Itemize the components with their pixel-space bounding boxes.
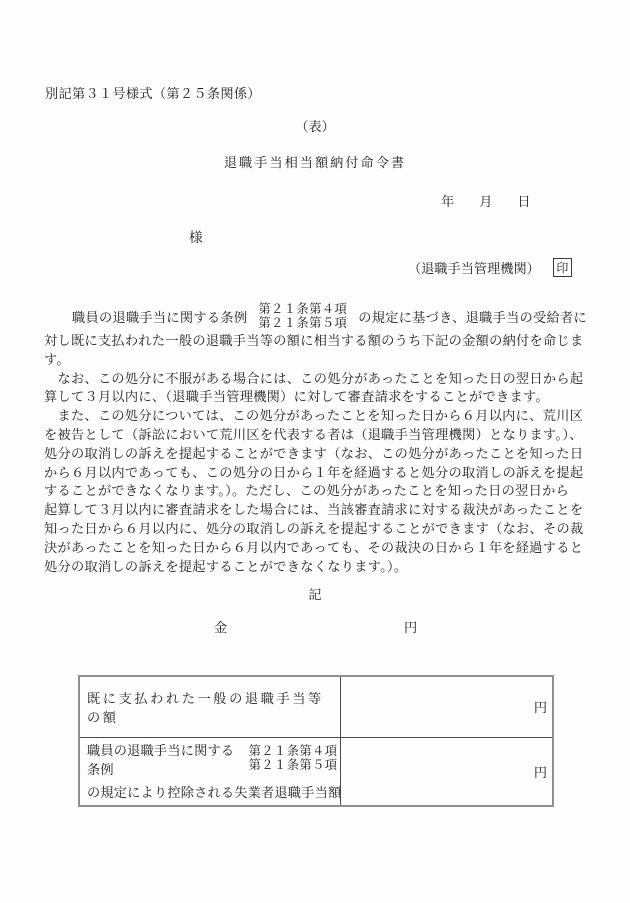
body-line: 算して３月以内に、（退職手当管理機関）に対して審査請求をすることができます。: [44, 388, 592, 407]
body-line: 対し既に支払われた一般の退職手当等の額に相当する額のうち下記の金額の納付を命じま: [44, 332, 592, 351]
body-line: す。: [44, 351, 592, 370]
date-day-label: 日: [517, 191, 530, 210]
body-text: 職員の退職手当に関する条例 第２１条第４項 第２１条第５項 の規定に基づき、退職…: [44, 301, 592, 576]
form-number: 別記第３１号様式（第２５条関係）: [45, 83, 261, 102]
clause-stack: 第２１条第４項 第２１条第５項: [258, 303, 347, 330]
issuer-line: （退職手当管理機関） 印: [408, 258, 572, 277]
date-month-label: 月: [479, 191, 492, 210]
body-line: また、この処分については、この処分があったことを知った日から６月以内に、荒川区: [44, 407, 592, 426]
seal-mark: 印: [553, 258, 572, 277]
body-line: から６月以内であっても、この処分の日から１年を経過すると処分の取消しの訴えを提起: [44, 464, 592, 483]
issuer-label: （退職手当管理機関）: [408, 258, 540, 277]
clause-reference-line: 職員の退職手当に関する条例 第２１条第４項 第２１条第５項 の規定に基づき、退職…: [44, 301, 592, 332]
row1-value-cell: 円: [340, 676, 553, 737]
addressee-honorific: 様: [189, 226, 203, 246]
side-label: （表）: [0, 116, 630, 135]
row2-clause-line: 職員の退職手当に関する条例 第２１条第４項 第２１条第５項: [87, 740, 338, 778]
table-row: 職員の退職手当に関する条例 第２１条第４項 第２１条第５項 の規定により控除され…: [79, 737, 553, 806]
row2-clause-suffix: の規定により控除される失業者退職手当額: [87, 782, 338, 801]
clause-suffix: の規定に基づき、退職手当の受給者に: [358, 307, 587, 326]
body-line: 決があったことを知った日から６月以内であっても、その裁決の日から１年を経過すると: [44, 539, 592, 558]
body-line: することができなくなります。）。ただし、この処分があったことを知った日の翌日から: [44, 482, 592, 501]
body-line: 処分の取消しの訴えを提起することができなくなります。）。: [44, 558, 592, 577]
row2-clause-stack: 第２１条第４項 第２１条第５項: [249, 745, 338, 772]
date-year-label: 年: [441, 191, 454, 210]
clause-item: 第２１条第４項: [249, 745, 338, 759]
amount-prefix: 金: [214, 617, 227, 636]
row2-value-cell: 円: [340, 737, 553, 806]
row2-label-cell: 職員の退職手当に関する条例 第２１条第４項 第２１条第５項 の規定により控除され…: [79, 737, 340, 806]
note-mark: 記: [0, 584, 630, 603]
amount-unit: 円: [404, 617, 417, 636]
amount-table: 既に支払われた一般の退職手当等の額 円 職員の退職手当に関する条例 第２１条第４…: [78, 675, 554, 807]
date-line: 年 月 日: [441, 191, 531, 210]
body-line: を被告として（訴訟において荒川区を代表する者は（退職手当管理機関）となります。）…: [44, 426, 592, 445]
clause-item: 第２１条第５項: [249, 759, 338, 773]
table-row: 既に支払われた一般の退職手当等の額 円: [79, 676, 553, 737]
body-line: なお、この処分に不服がある場合には、この処分があったことを知った日の翌日から起: [44, 370, 592, 389]
document-page: 別記第３１号様式（第２５条関係） （表） 退職手当相当額納付命令書 年 月 日 …: [0, 0, 630, 903]
clause-item: 第２１条第４項: [258, 303, 347, 317]
body-line: 処分の取消しの訴えを提起することができます（なお、この処分があったことを知った日: [44, 445, 592, 464]
row1-label-cell: 既に支払われた一般の退職手当等の額: [79, 676, 340, 737]
row2-clause-prefix: 職員の退職手当に関する条例: [87, 740, 239, 778]
body-line: 知った日から６月以内に、処分の取消しの訴えを提起することができます（なお、その裁: [44, 520, 592, 539]
clause-item: 第２１条第５項: [258, 317, 347, 331]
body-line: 起算して３月以内に審査請求をした場合には、当該審査請求に対する裁決があったことを: [44, 501, 592, 520]
page-title: 退職手当相当額納付命令書: [0, 152, 630, 171]
clause-prefix: 職員の退職手当に関する条例: [72, 307, 247, 326]
